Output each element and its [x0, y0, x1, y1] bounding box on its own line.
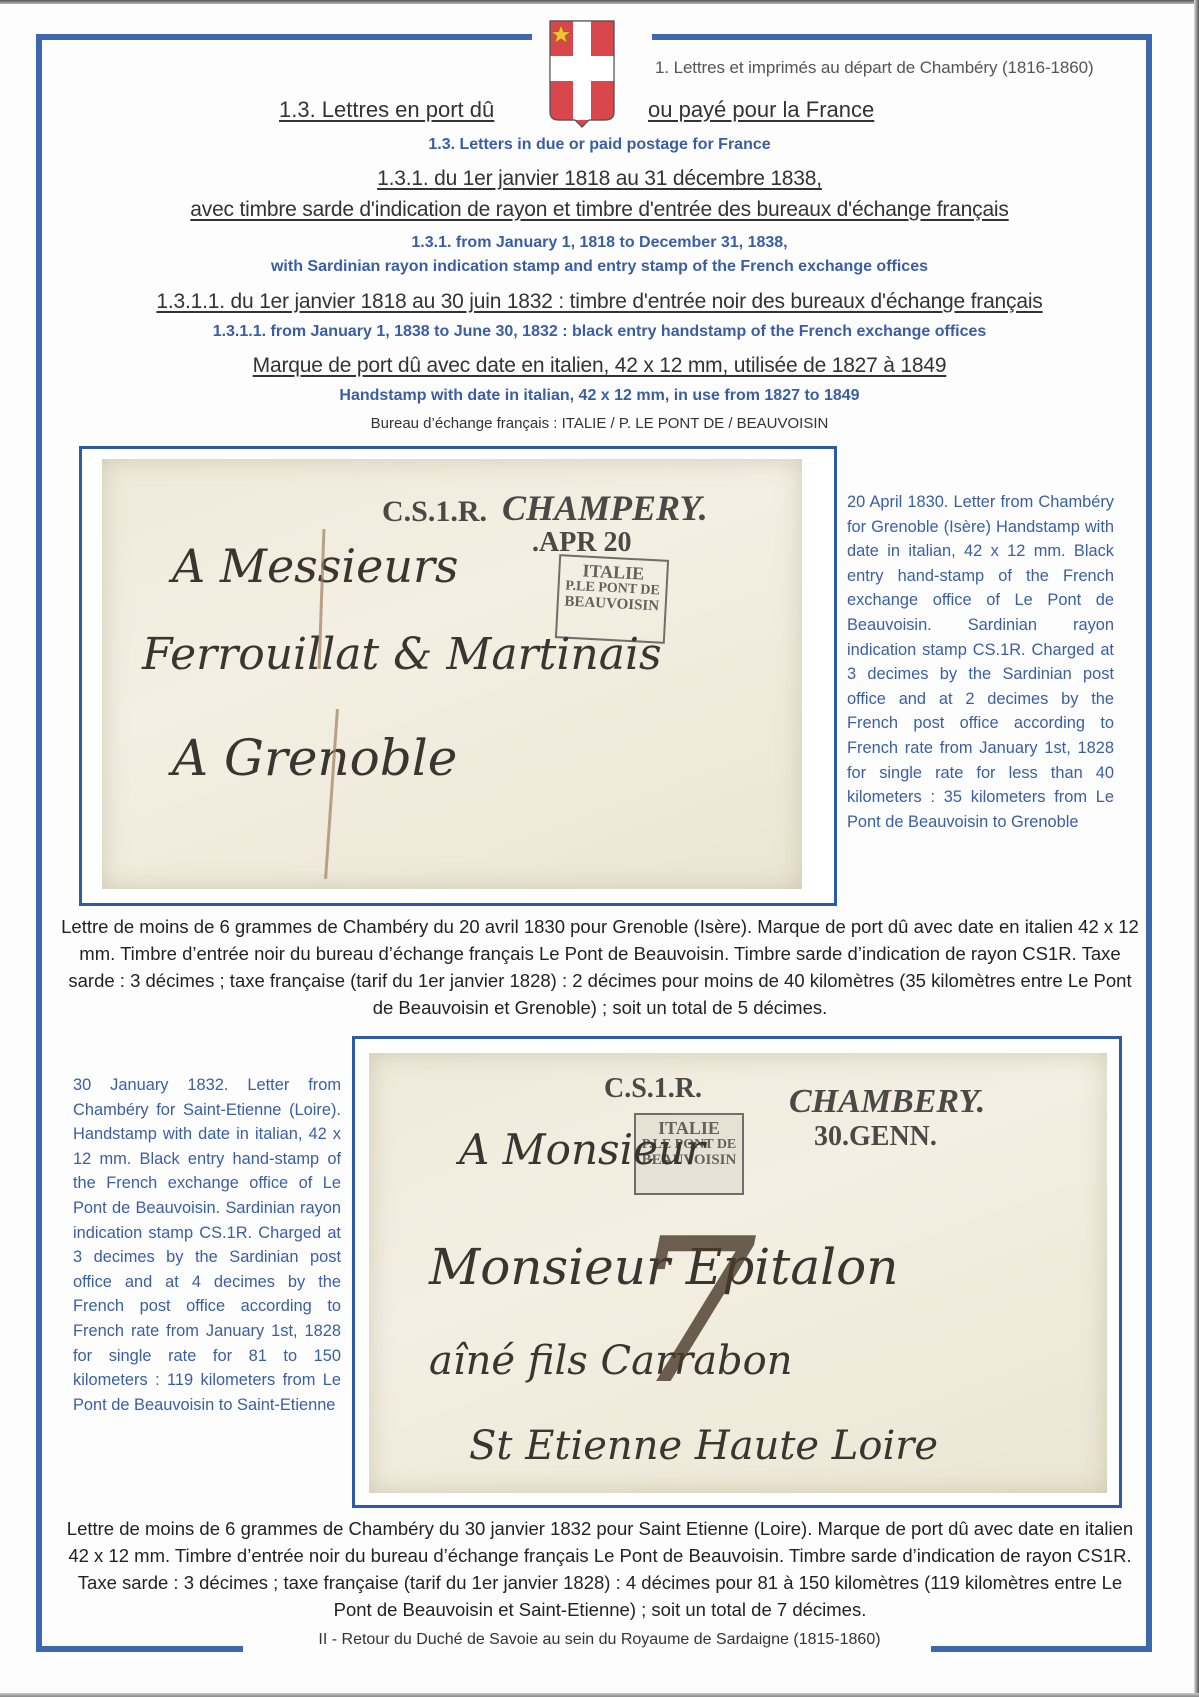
exchange-office-note: Bureau d’échange français : ITALIE / P. …	[0, 415, 1199, 432]
subsection-title-fr-2: avec timbre sarde d'indication de rayon …	[0, 198, 1199, 222]
subsection-title-fr-1: 1.3.1. du 1er janvier 1818 au 31 décembr…	[0, 167, 1199, 191]
letter-2-image: C.S.1.R. CHAMBERY. 30.GENN. ITALIE P.LE …	[352, 1036, 1122, 1508]
letter-2-paper: C.S.1.R. CHAMBERY. 30.GENN. ITALIE P.LE …	[369, 1053, 1107, 1493]
title-fr-right: ou payé pour la France	[648, 97, 874, 123]
page-footer: II - Retour du Duché de Savoie au sein d…	[0, 1631, 1199, 1649]
letter-1-description-en: 20 April 1830. Letter from Chambéry for …	[847, 490, 1114, 834]
letter-1-address-line-1: A Messieurs	[172, 539, 459, 593]
letter-1-image: C.S.1.R. CHAMPERY. .APR 20 ITALIE P.LE P…	[79, 446, 837, 906]
title-en: 1.3. Letters in due or paid postage for …	[0, 136, 1199, 154]
scan-edge-right	[1194, 0, 1199, 1697]
letter-2-caption-fr: Lettre de moins de 6 grammes de Chambéry…	[60, 1515, 1140, 1623]
section-reference: 1. Lettres et imprimés au départ de Cham…	[655, 58, 1094, 78]
letter-1-paper: C.S.1.R. CHAMPERY. .APR 20 ITALIE P.LE P…	[102, 459, 802, 889]
letter-2-town-stamp: CHAMBERY.	[789, 1083, 985, 1121]
marking-title-fr: Marque de port dû avec date en italien, …	[0, 354, 1199, 378]
letter-1-town-stamp: CHAMPERY.	[502, 487, 708, 529]
savoy-cross-shield-icon	[549, 20, 615, 128]
letter-1-rayon-stamp: C.S.1.R.	[382, 495, 487, 529]
letter-2-date-stamp: 30.GENN.	[814, 1121, 937, 1153]
scan-edge-bottom	[0, 1693, 1199, 1697]
letter-1-date-stamp: .APR 20	[532, 527, 632, 559]
letter-1-address-line-2: Ferrouillat & Martinais	[142, 629, 662, 680]
subsubsection-title-en: 1.3.1.1. from January 1, 1838 to June 30…	[0, 323, 1199, 341]
title-fr-left: 1.3. Lettres en port dû	[279, 97, 494, 123]
letter-2-address-line-1: A Monsieur	[459, 1125, 705, 1174]
subsubsection-title-fr: 1.3.1.1. du 1er janvier 1818 au 30 juin …	[0, 290, 1199, 314]
subsection-title-en-2: with Sardinian rayon indication stamp an…	[0, 258, 1199, 276]
letter-2-tax-mark: 7	[629, 1213, 756, 1413]
subsection-title-en-1: 1.3.1. from January 1, 1818 to December …	[0, 234, 1199, 252]
letter-1-caption-fr: Lettre de moins de 6 grammes de Chambéry…	[60, 913, 1140, 1021]
letter-2-description-en: 30 January 1832. Letter from Chambéry fo…	[73, 1073, 341, 1417]
letter-2-address-line-4: St Etienne Haute Loire	[469, 1423, 938, 1469]
scan-edge-top	[0, 0, 1199, 4]
letter-1-address-line-3: A Grenoble	[172, 729, 457, 787]
letter-2-rayon-stamp: C.S.1.R.	[604, 1073, 702, 1105]
marking-title-en: Handstamp with date in italian, 42 x 12 …	[0, 387, 1199, 405]
